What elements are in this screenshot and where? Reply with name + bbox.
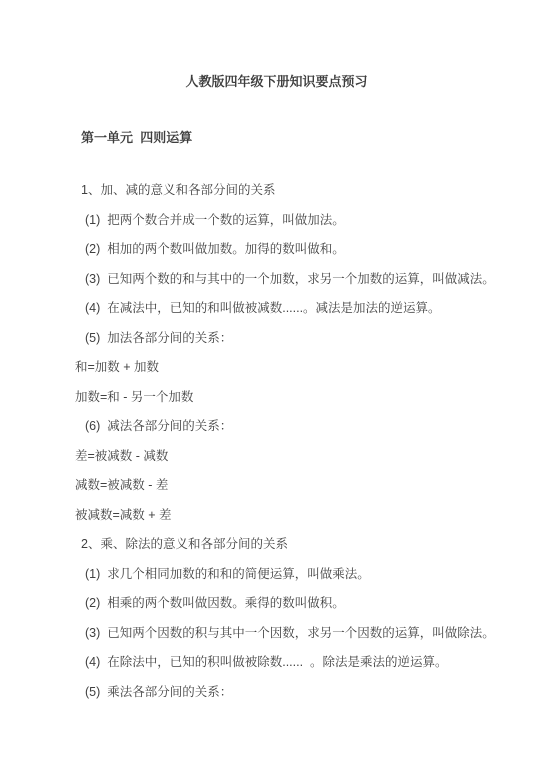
formula-addend: 加数=和 - 另一个加数 bbox=[75, 383, 553, 413]
topic-1-point-2: (2) 相加的两个数叫做加数。加得的数叫做和。 bbox=[85, 235, 553, 265]
formula-difference: 差=被减数 - 减数 bbox=[75, 442, 553, 472]
topic-1-point-3: (3) 已知两个数的和与其中的一个加数，求另一个加数的运算，叫做减法。 bbox=[85, 265, 553, 295]
document-title: 人教版四年级下册知识要点预习 bbox=[0, 0, 553, 90]
document-body: 1、加、减的意义和各部分间的关系 (1) 把两个数合并成一个数的运算，叫做加法。… bbox=[0, 176, 553, 707]
topic-2-heading: 2、乘、除法的意义和各部分间的关系 bbox=[81, 530, 553, 560]
formula-minuend: 被减数=减数 + 差 bbox=[75, 501, 553, 531]
document-page: 人教版四年级下册知识要点预习 第一单元 四则运算 1、加、减的意义和各部分间的关… bbox=[0, 0, 553, 782]
topic-2-point-5: (5) 乘法各部分间的关系： bbox=[85, 678, 553, 708]
topic-2-point-3: (3) 已知两个因数的积与其中一个因数，求另一个因数的运算，叫做除法。 bbox=[85, 619, 553, 649]
formula-sum: 和=加数 + 加数 bbox=[75, 353, 553, 383]
topic-2-point-2: (2) 相乘的两个数叫做因数。乘得的数叫做积。 bbox=[85, 589, 553, 619]
topic-1-point-1: (1) 把两个数合并成一个数的运算，叫做加法。 bbox=[85, 206, 553, 236]
formula-subtrahend: 减数=被减数 - 差 bbox=[75, 471, 553, 501]
topic-1-point-4: (4) 在减法中，已知的和叫做被减数......。减法是加法的逆运算。 bbox=[85, 294, 553, 324]
topic-2-point-4: (4) 在除法中，已知的积叫做被除数...... 。除法是乘法的逆运算。 bbox=[85, 648, 553, 678]
unit-1-heading: 第一单元 四则运算 bbox=[81, 130, 553, 146]
topic-1-point-5: (5) 加法各部分间的关系： bbox=[85, 324, 553, 354]
topic-2-point-1: (1) 求几个相同加数的和和的简便运算，叫做乘法。 bbox=[85, 560, 553, 590]
topic-1-point-6: (6) 减法各部分间的关系： bbox=[85, 412, 553, 442]
topic-1-heading: 1、加、减的意义和各部分间的关系 bbox=[81, 176, 553, 206]
